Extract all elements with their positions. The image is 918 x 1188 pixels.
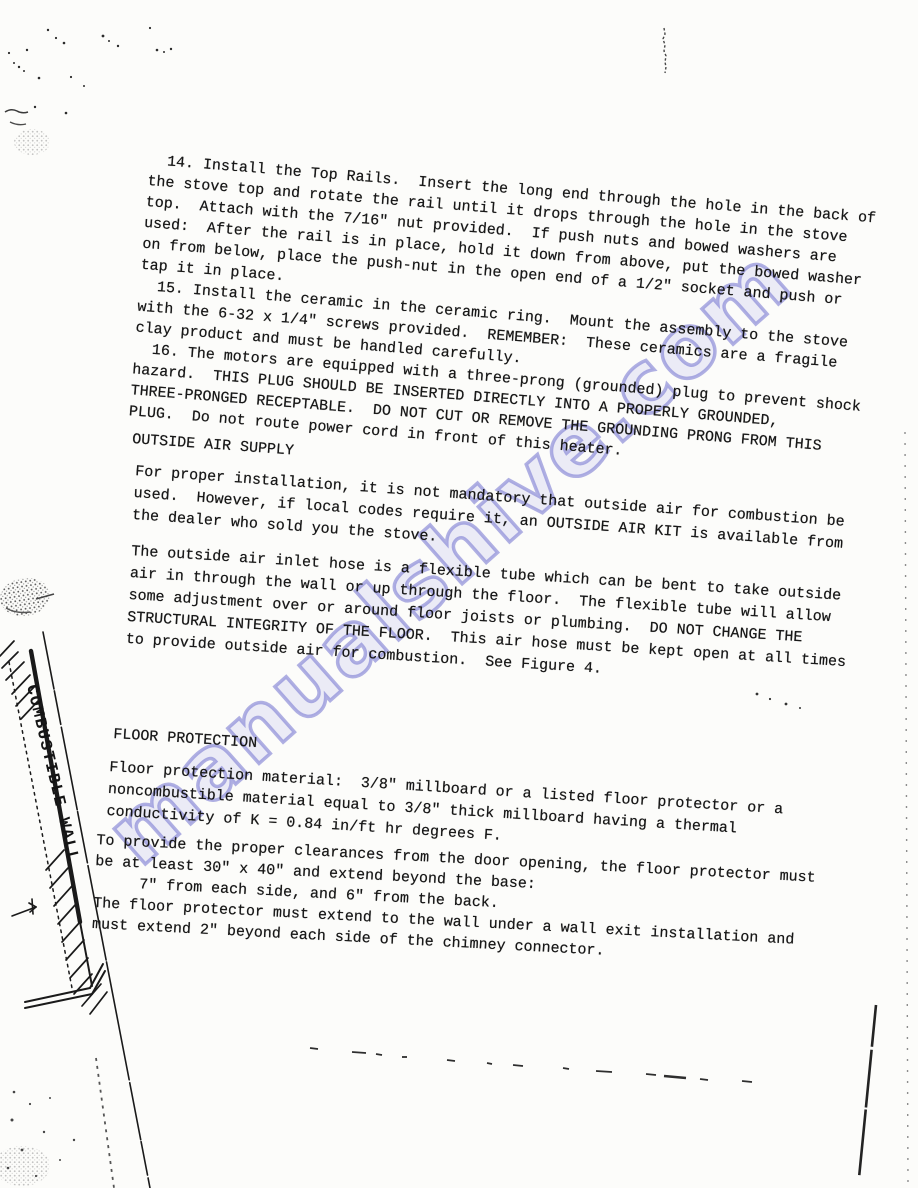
figure-combustible-wall: COMBUSTIBLE WALL bbox=[0, 620, 200, 1188]
page-edge-line bbox=[43, 632, 150, 1188]
squiggle-mark bbox=[5, 110, 28, 113]
specks-mid-right bbox=[756, 693, 801, 709]
scanned-page: manualshive.com 14. Install the Top Rail… bbox=[0, 0, 918, 1188]
vertical-scratch bbox=[663, 28, 666, 73]
squiggle-mark-2 bbox=[10, 122, 26, 125]
dust-patch-top-left bbox=[14, 129, 50, 155]
fold-dash-row bbox=[310, 1048, 752, 1082]
arrow-icon bbox=[12, 899, 36, 916]
smudge-blob bbox=[0, 574, 54, 619]
right-edge-dotted-line bbox=[905, 432, 908, 1185]
bottom-right-edge-line bbox=[859, 1005, 876, 1178]
wall-hatching-bottom bbox=[46, 850, 107, 1014]
specks-top-left bbox=[8, 27, 172, 114]
outside-air-heading: OUTSIDE AIR SUPPLY bbox=[131, 429, 294, 462]
instructions-paragraph: 14. Install the Top Rails. Insert the lo… bbox=[128, 150, 877, 481]
